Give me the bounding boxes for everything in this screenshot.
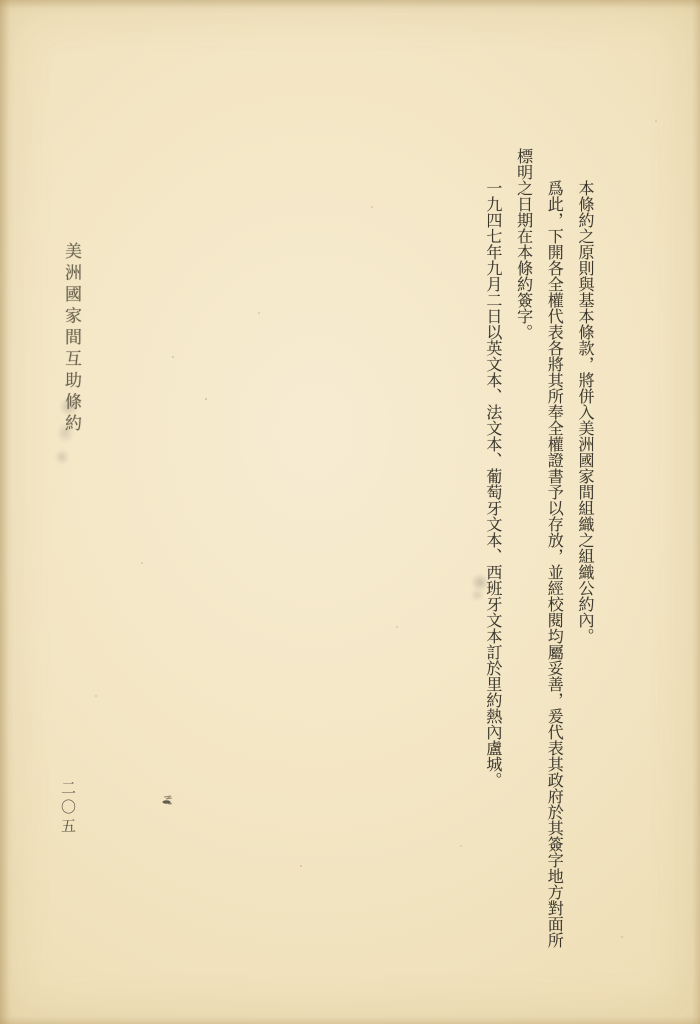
treaty-paragraph-signature-clause: 爲此，下開各全權代表各將其所奉全權證書予以存放，並經校閱均屬妥善，爰代表其政府於… <box>507 148 568 949</box>
treaty-paragraph-final-clause: 本條約之原則與基本條款，將併入美洲國家間組織之組織公約內。 <box>568 148 599 949</box>
ink-smudge-mark <box>160 794 176 808</box>
faint-smudge-under-title <box>50 392 84 466</box>
treaty-text-block: 本條約之原則與基本條款，將併入美洲國家間組織之組織公約內。 爲此，下開各全權代表… <box>473 148 599 949</box>
ink-smudge-icon <box>160 794 176 808</box>
scanned-document-page: 本條約之原則與基本條款，將併入美洲國家間組織之組織公約內。 爲此，下開各全權代表… <box>0 0 700 1024</box>
treaty-paragraph-date-place: 一九四七年九月二日以英文本、法文本、葡萄牙文本、西班牙文本訂於里約熱內盧城。 <box>476 148 507 949</box>
page-number: 二〇五 <box>57 780 78 837</box>
faint-smudge-near-text <box>466 568 494 604</box>
paper-texture-specks <box>0 0 2 2</box>
